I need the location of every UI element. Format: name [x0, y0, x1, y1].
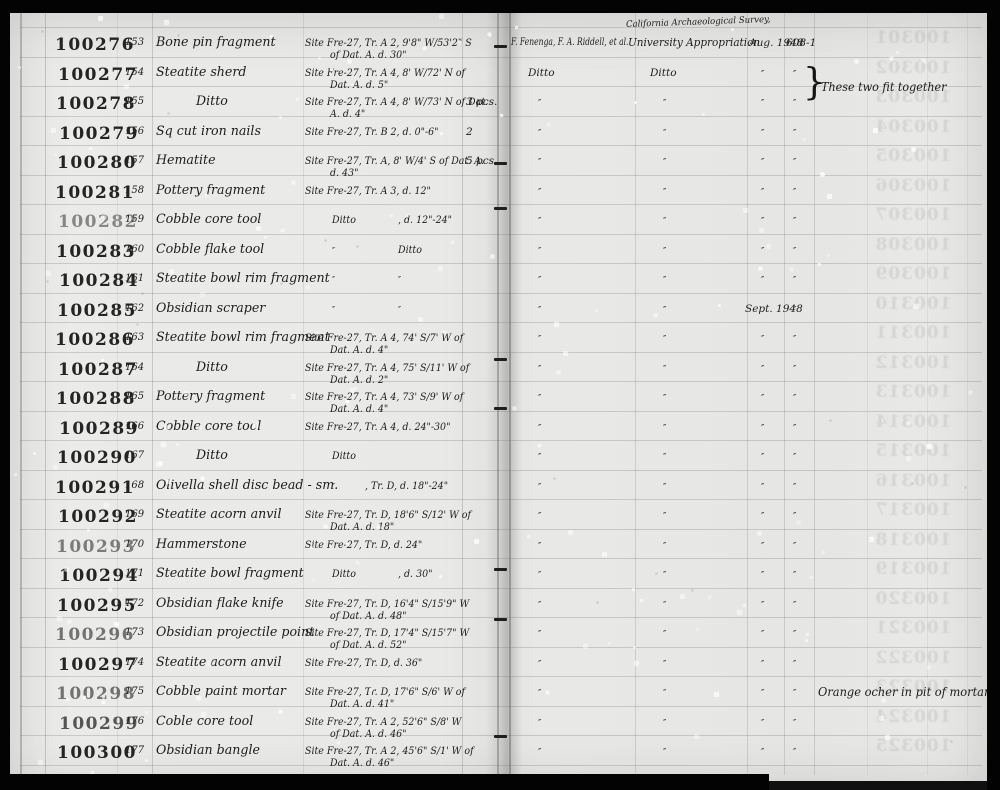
item-number: 165: [125, 390, 144, 404]
date: ″: [761, 746, 765, 760]
bleedthrough-catalog-number: 100310: [870, 294, 956, 314]
date: ″: [761, 215, 765, 229]
vertical-rule: [867, 13, 868, 775]
accession-number: ″: [793, 510, 797, 524]
site-location-continued: ″: [398, 274, 402, 288]
site-location-line2: d. 43": [330, 166, 358, 180]
item-number: 172: [125, 597, 144, 611]
site-location-continued: Ditto: [398, 243, 422, 257]
site-location-line2: of Dat. A. d. 46": [330, 727, 406, 741]
accession-number: ″: [793, 746, 797, 760]
artifact-description: Bone pin fragment: [156, 36, 276, 50]
date: ″: [761, 422, 765, 436]
collector: Ditto: [528, 66, 555, 80]
gutter-check-mark: [494, 45, 507, 48]
site-location-line2: Dat. A. d. 5": [330, 78, 388, 92]
site-location: Site Fre-27, Tr. D, d. 36": [305, 656, 422, 670]
bleedthrough-catalog-number: 100322: [870, 648, 956, 668]
institution: ″: [663, 628, 667, 642]
vertical-rule: [814, 13, 815, 775]
artifact-description: Obsidian scraper: [156, 302, 265, 316]
scanned-catalog-ledger: California Archaeological Survey, } Thes…: [0, 0, 1000, 790]
bleedthrough-catalog-number: 100308: [870, 235, 956, 255]
date: ″: [761, 599, 765, 613]
vertical-rule: [20, 13, 22, 775]
horizontal-rule: [20, 588, 982, 589]
artifact-description: Coble core tool: [156, 715, 253, 729]
artifact-description: Pottery fragment: [156, 390, 265, 404]
institution: ″: [663, 127, 667, 141]
collector: ″: [538, 97, 542, 111]
institution: ″: [663, 451, 667, 465]
institution: ″: [663, 392, 667, 406]
artifact-description: Cobble core tool: [156, 213, 261, 227]
item-number: 175: [125, 685, 144, 699]
collector: ″: [538, 333, 542, 347]
artifact-description: Steatite acorn anvil: [156, 656, 281, 670]
horizontal-rule: [20, 352, 982, 353]
collector: ″: [538, 569, 542, 583]
accession-number: ″: [793, 628, 797, 642]
institution: ″: [663, 746, 667, 760]
site-location-line2: Dat. A. d. 4": [330, 343, 388, 357]
horizontal-rule: [20, 204, 982, 205]
collector: ″: [538, 274, 542, 288]
item-number: 155: [125, 95, 144, 109]
site-location-continued: , Tr. D, d. 18"-24": [365, 479, 448, 493]
institution: ″: [663, 687, 667, 701]
horizontal-rule: [20, 676, 982, 677]
gutter-check-mark: [494, 618, 507, 621]
date: ″: [761, 510, 765, 524]
bleedthrough-catalog-number: 100319: [870, 559, 956, 579]
horizontal-rule: [20, 234, 982, 235]
artifact-description: Obsidian bangle: [156, 744, 260, 758]
horizontal-rule: [20, 765, 982, 766]
date: ″: [761, 156, 765, 170]
horizontal-rule: [20, 706, 982, 707]
date: ″: [761, 333, 765, 347]
site-location: ″: [332, 245, 336, 259]
bleedthrough-catalog-number: 100324: [870, 707, 956, 727]
catalog-number: 100278: [56, 95, 136, 113]
artifact-description: Obsidian projectile point: [156, 626, 314, 640]
horizontal-rule: [20, 293, 982, 294]
gutter-check-mark: [494, 358, 507, 361]
site-location-line2: Dat. A. d. 2": [330, 373, 388, 387]
date: ″: [761, 628, 765, 642]
collector: ″: [538, 215, 542, 229]
date: ″: [761, 481, 765, 495]
artifact-description: Steatite bowl rim fragment: [156, 272, 330, 286]
artifact-description: Cobble flake tool: [156, 243, 264, 257]
artifact-description: Steatite bowl rim fragment: [156, 331, 330, 345]
site-location: Ditto: [332, 449, 356, 463]
vertical-rule: [747, 13, 748, 775]
horizontal-rule: [20, 27, 982, 28]
item-number: 169: [125, 508, 144, 522]
margin-note: Orange ocher in pit of mortar: [818, 685, 989, 699]
date: ″: [761, 127, 765, 141]
artifact-description: Pottery fragment: [156, 184, 265, 198]
horizontal-rule: [20, 499, 982, 500]
site-location: Ditto: [332, 213, 356, 227]
vertical-rule: [927, 13, 928, 775]
artifact-description: Ditto: [196, 361, 228, 375]
institution: ″: [663, 422, 667, 436]
site-location-continued: ″: [398, 304, 402, 318]
artifact-description: Hematite: [156, 154, 216, 168]
site-location-line2: of Dat. A. d. 52": [330, 638, 406, 652]
vertical-rule: [303, 13, 304, 775]
bleedthrough-catalog-number: 100307: [870, 205, 956, 225]
collector: ″: [538, 687, 542, 701]
bleedthrough-catalog-number: 100325: [870, 736, 956, 756]
item-number: 170: [125, 538, 144, 552]
artifact-description: Ditto: [196, 449, 228, 463]
bleedthrough-catalog-number: 100321: [870, 618, 956, 638]
item-number: 171: [125, 567, 144, 581]
institution: ″: [663, 156, 667, 170]
collector: ″: [538, 628, 542, 642]
date: ″: [761, 68, 765, 82]
item-number: 159: [125, 213, 144, 227]
bleedthrough-catalog-number: 100315: [870, 441, 956, 461]
bleedthrough-catalog-number: 100314: [870, 412, 956, 432]
item-number: 177: [125, 744, 144, 758]
accession-number: ″: [793, 569, 797, 583]
institution: ″: [663, 658, 667, 672]
accession-number: 608-1: [786, 36, 816, 50]
accession-number: ″: [793, 156, 797, 170]
accession-number: ″: [793, 97, 797, 111]
site-location-line2: of Dat. A. d. 48": [330, 609, 406, 623]
horizontal-rule: [20, 322, 982, 323]
artifact-description: Steatite bowl fragment: [156, 567, 304, 581]
collector: ″: [538, 392, 542, 406]
item-number: 156: [125, 125, 144, 139]
date: ″: [761, 186, 765, 200]
collector: ″: [538, 746, 542, 760]
accession-number: ″: [793, 186, 797, 200]
artifact-description: Hammerstone: [156, 538, 247, 552]
item-number: 160: [125, 243, 144, 257]
horizontal-rule: [20, 411, 982, 412]
site-location-continued: , d. 12"-24": [398, 213, 452, 227]
horizontal-rule: [20, 470, 982, 471]
horizontal-rule: [20, 440, 982, 441]
bleedthrough-catalog-number: 100311: [870, 323, 956, 343]
collector: ″: [538, 451, 542, 465]
site-location: Ditto: [332, 567, 356, 581]
bleedthrough-catalog-number: 100301: [870, 28, 956, 48]
institution: ″: [663, 186, 667, 200]
catalog-number: 100298: [56, 685, 136, 703]
vertical-rule: [509, 13, 511, 775]
accession-number: ″: [793, 481, 797, 495]
site-location-line2: of Dat. A. d. 30": [330, 48, 406, 62]
accession-number: ″: [793, 274, 797, 288]
institution: ″: [663, 717, 667, 731]
site-location: Site Fre-27, Tr. D, d. 24": [305, 538, 422, 552]
accession-number: ″: [793, 540, 797, 554]
bleedthrough-catalog-number: 100312: [870, 353, 956, 373]
quantity: 3 pcs.: [466, 95, 497, 109]
item-number: 174: [125, 656, 144, 670]
vertical-rule: [45, 13, 46, 775]
catalog-number: 100296: [55, 626, 135, 644]
horizontal-rule: [20, 558, 982, 559]
horizontal-rule: [20, 116, 982, 117]
horizontal-rule: [20, 647, 982, 648]
accession-number: ″: [793, 333, 797, 347]
institution: ″: [663, 274, 667, 288]
site-location: ″: [332, 481, 336, 495]
institution: ″: [663, 481, 667, 495]
item-number: 161: [125, 272, 144, 286]
date: ″: [761, 451, 765, 465]
artifact-description: Obsidian flake knife: [156, 597, 284, 611]
horizontal-rule: [20, 175, 982, 176]
bleedthrough-catalog-number: 100306: [870, 176, 956, 196]
institution: ″: [663, 569, 667, 583]
accession-number: ″: [793, 363, 797, 377]
date: ″: [761, 687, 765, 701]
vertical-rule: [635, 13, 636, 775]
collector: ″: [538, 422, 542, 436]
bleedthrough-catalog-number: 100313: [870, 382, 956, 402]
item-number: 158: [125, 184, 144, 198]
page-gutter-shadow: [486, 13, 522, 790]
bleedthrough-catalog-number: 100317: [870, 500, 956, 520]
item-number: 154: [125, 66, 144, 80]
catalog-number: 100286: [55, 331, 135, 349]
institution: ″: [663, 97, 667, 111]
site-location-continued: , d. 30": [398, 567, 432, 581]
scan-border-left: [0, 0, 10, 790]
fit-together-note: These two fit together: [821, 80, 946, 94]
artifact-description: Steatite acorn anvil: [156, 508, 281, 522]
accession-number: ″: [793, 215, 797, 229]
date: ″: [761, 717, 765, 731]
collector: ″: [538, 510, 542, 524]
catalog-number: 100281: [55, 184, 135, 202]
catalog-number: 100291: [55, 479, 135, 497]
artifact-description: Steatite sherd: [156, 66, 246, 80]
accession-number: ″: [793, 422, 797, 436]
bleedthrough-catalog-number: 100304: [870, 117, 956, 137]
site-location-line2: Dat. A. d. 4": [330, 402, 388, 416]
site-location-line2: Dat. A. d. 46": [330, 756, 394, 770]
item-number: 168: [125, 479, 144, 493]
item-number: 173: [125, 626, 144, 640]
accession-number: ″: [793, 717, 797, 731]
scan-border-bottom: [0, 774, 769, 790]
collector: ″: [538, 540, 542, 554]
institution: Ditto: [650, 66, 677, 80]
accession-number: ″: [793, 245, 797, 259]
date: ″: [761, 569, 765, 583]
site-location: ″: [332, 304, 336, 318]
vertical-rule: [967, 13, 968, 775]
item-number: 164: [125, 361, 144, 375]
collector: ″: [538, 599, 542, 613]
institution: ″: [663, 215, 667, 229]
horizontal-rule: [20, 57, 982, 58]
vertical-rule: [497, 13, 499, 775]
item-number: 167: [125, 449, 144, 463]
accession-number: ″: [793, 304, 797, 318]
gutter-check-mark: [494, 735, 507, 738]
artifact-description: Cobble core tool: [156, 420, 261, 434]
item-number: 176: [125, 715, 144, 729]
scan-border-right: [987, 0, 1000, 790]
institution: ″: [663, 363, 667, 377]
item-number: 153: [125, 36, 144, 50]
horizontal-rule: [20, 263, 982, 264]
date: ″: [761, 97, 765, 111]
date: ″: [761, 363, 765, 377]
gutter-check-mark: [494, 407, 507, 410]
horizontal-rule: [20, 145, 982, 146]
institution: ″: [663, 304, 667, 318]
collector: ″: [538, 127, 542, 141]
collector: ″: [538, 245, 542, 259]
date: ″: [761, 658, 765, 672]
accession-number: ″: [793, 658, 797, 672]
artifact-description: Sq cut iron nails: [156, 125, 261, 139]
institution: ″: [663, 599, 667, 613]
vertical-rule: [784, 13, 785, 775]
institution: ″: [663, 510, 667, 524]
collector: ″: [538, 304, 542, 318]
site-location: Site Fre-27, Tr. A 4, d. 24"-30": [305, 420, 450, 434]
bleedthrough-catalog-number: 100320: [870, 589, 956, 609]
date: ″: [761, 540, 765, 554]
collector: ″: [538, 717, 542, 731]
accession-number: ″: [793, 599, 797, 613]
horizontal-rule: [20, 529, 982, 530]
date: ″: [761, 245, 765, 259]
gutter-check-mark: [494, 568, 507, 571]
institution: ″: [663, 245, 667, 259]
scan-border-bottom-right: [769, 781, 987, 790]
catalog-number: 100283: [56, 243, 136, 261]
collector: F. Fenenga, F. A. Riddell, et al.: [511, 36, 628, 50]
scan-border-top: [0, 0, 1000, 13]
site-location: ″: [332, 274, 336, 288]
item-number: 163: [125, 331, 144, 345]
accession-number: ″: [793, 392, 797, 406]
artifact-description: Olivella shell disc bead - sm.: [156, 479, 338, 493]
item-number: 166: [125, 420, 144, 434]
quantity: 5 pcs.: [466, 154, 497, 168]
artifact-description: Cobble paint mortar: [156, 685, 286, 699]
accession-number: ″: [793, 687, 797, 701]
vertical-rule: [152, 13, 153, 775]
bleedthrough-catalog-number: 100302: [870, 58, 956, 78]
catalog-number: 100288: [56, 390, 136, 408]
item-number: 157: [125, 154, 144, 168]
catalog-number: 100293: [56, 538, 136, 556]
bleedthrough-catalog-number: 100318: [870, 530, 956, 550]
gutter-check-mark: [494, 207, 507, 210]
institution: ″: [663, 333, 667, 347]
catalog-number: 100276: [55, 36, 135, 54]
accession-number: ″: [793, 127, 797, 141]
artifact-description: Ditto: [196, 95, 228, 109]
site-location-line2: A. d. 4": [330, 107, 365, 121]
collector: ″: [538, 186, 542, 200]
collector: ″: [538, 156, 542, 170]
collector: ″: [538, 481, 542, 495]
bleedthrough-catalog-number: 100316: [870, 471, 956, 491]
date: ″: [761, 392, 765, 406]
institution: University Appropriation: [628, 36, 760, 50]
site-location-line2: Dat. A. d. 18": [330, 520, 394, 534]
collector: ″: [538, 658, 542, 672]
site-location: Site Fre-27, Tr. B 2, d. 0"-6": [305, 125, 439, 139]
collector: ″: [538, 363, 542, 377]
bleedthrough-catalog-number: 100309: [870, 264, 956, 284]
accession-number: ″: [793, 68, 797, 82]
site-location: Site Fre-27, Tr. A 3, d. 12": [305, 184, 431, 198]
institution: ″: [663, 540, 667, 554]
item-number: 162: [125, 302, 144, 316]
date: ″: [761, 274, 765, 288]
accession-number: ″: [793, 451, 797, 465]
quantity: 2: [466, 125, 473, 139]
bleedthrough-catalog-number: 100305: [870, 146, 956, 166]
horizontal-rule: [20, 381, 982, 382]
site-location-line2: Dat. A. d. 41": [330, 697, 394, 711]
